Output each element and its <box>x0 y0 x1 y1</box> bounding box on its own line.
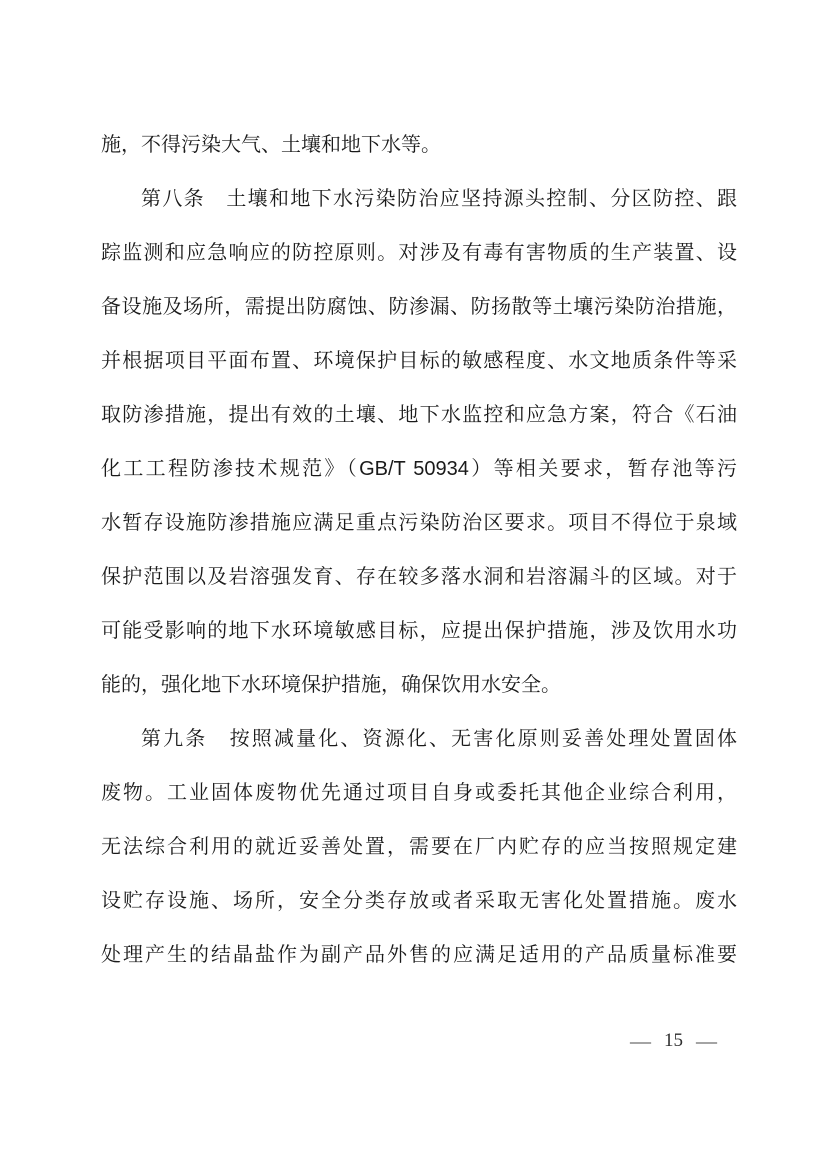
body-line: 取防渗措施，提出有效的土壤、地下水监控和应急方案，符合《石油 <box>101 388 737 442</box>
body-line: 可能受影响的地下水环境敏感目标，应提出保护措施，涉及饮用水功 <box>101 604 737 658</box>
body-line: 水暂存设施防渗措施应满足重点污染防治区要求。项目不得位于泉域 <box>101 496 737 550</box>
body-text-block: 施，不得污染大气、土壤和地下水等。 第八条 土壤和地下水污染防治应坚持源头控制、… <box>101 118 737 982</box>
body-line: 能的，强化地下水环境保护措施，确保饮用水安全。 <box>101 658 737 712</box>
body-line: 设贮存设施、场所，安全分类存放或者采取无害化处置措施。废水 <box>101 874 737 928</box>
body-line: 备设施及场所，需提出防腐蚀、防渗漏、防扬散等土壤污染防治措施， <box>101 280 737 334</box>
body-line-article-8-start: 第八条 土壤和地下水污染防治应坚持源头控制、分区防控、跟 <box>101 172 737 226</box>
footer-dash-right: — <box>696 1031 717 1052</box>
page-footer: — 15 — <box>630 1027 717 1055</box>
body-line: 并根据项目平面布置、环境保护目标的敏感程度、水文地质条件等采 <box>101 334 737 388</box>
body-line: 踪监测和应急响应的防控原则。对涉及有毒有害物质的生产装置、设 <box>101 226 737 280</box>
body-line: 化工工程防渗技术规范》（GB/T 50934）等相关要求，暂存池等污 <box>101 442 737 496</box>
body-line: 废物。工业固体废物优先通过项目自身或委托其他企业综合利用， <box>101 766 737 820</box>
footer-dash-left: — <box>630 1031 651 1052</box>
body-line: 处理产生的结晶盐作为副产品外售的应满足适用的产品质量标准要 <box>101 928 737 982</box>
body-line: 施，不得污染大气、土壤和地下水等。 <box>101 118 737 172</box>
body-line: 保护范围以及岩溶强发育、存在较多落水洞和岩溶漏斗的区域。对于 <box>101 550 737 604</box>
body-line: 无法综合利用的就近妥善处置，需要在厂内贮存的应当按照规定建 <box>101 820 737 874</box>
page-number: 15 <box>664 1030 683 1052</box>
body-line-article-9-start: 第九条 按照减量化、资源化、无害化原则妥善处理处置固体 <box>101 712 737 766</box>
document-page: 施，不得污染大气、土壤和地下水等。 第八条 土壤和地下水污染防治应坚持源头控制、… <box>0 0 826 1169</box>
